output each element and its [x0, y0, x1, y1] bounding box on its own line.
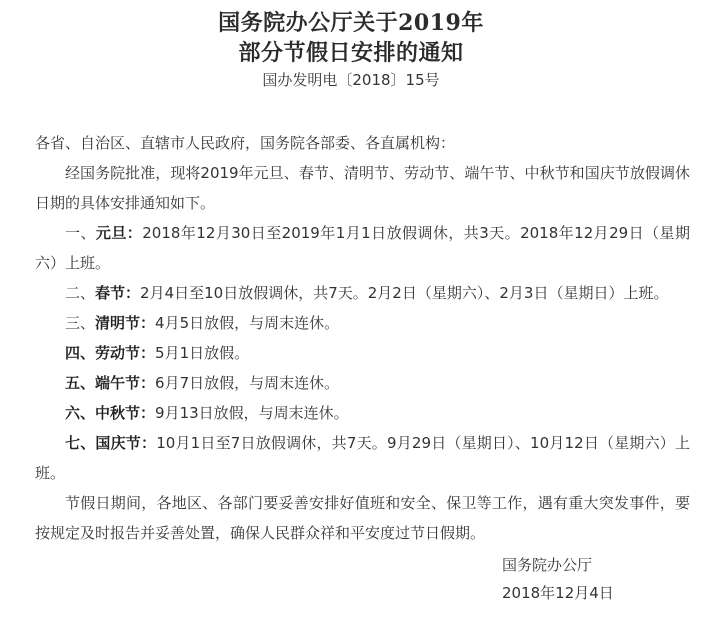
holiday-item-dragon-boat: 五、端午节：6月7日放假，与周末连休。	[35, 368, 690, 398]
document-body: 各省、自治区、直辖市人民政府，国务院各部委、各直属机构： 经国务院批准，现将20…	[35, 128, 690, 548]
item-separator: ：	[140, 374, 155, 392]
item-separator: ：	[125, 284, 140, 302]
item-text: 9月13日放假，与周末连休。	[155, 404, 349, 422]
item-text: 2月4日至10日放假调休，共7天。2月2日（星期六）、2月3日（星期日）上班。	[140, 284, 668, 302]
item-text: 4月5日放假，与周末连休。	[155, 314, 339, 332]
holiday-name: 劳动节	[95, 344, 140, 362]
item-number: 七、	[65, 434, 95, 452]
item-number: 五、	[65, 374, 95, 392]
intro-paragraph: 经国务院批准，现将2019年元旦、春节、清明节、劳动节、端午节、中秋节和国庆节放…	[35, 158, 690, 218]
salutation: 各省、自治区、直辖市人民政府，国务院各部委、各直属机构：	[35, 128, 690, 158]
document-title-line-2: 部分节假日安排的通知	[0, 38, 702, 68]
holiday-name: 春节	[95, 284, 125, 302]
item-number: 一、	[65, 224, 96, 242]
document-title-line-1: 国务院办公厅关于2019年	[0, 8, 702, 38]
item-separator: ：	[140, 344, 155, 362]
closing-paragraph: 节假日期间，各地区、各部门要妥善安排好值班和安全、保卫等工作，遇有重大突发事件，…	[35, 488, 690, 548]
holiday-name: 元旦	[96, 224, 127, 242]
item-separator: ：	[140, 404, 155, 422]
holiday-item-national-day: 七、国庆节：10月1日至7日放假调休，共7天。9月29日（星期日）、10月12日…	[35, 428, 690, 488]
item-number: 四、	[65, 344, 95, 362]
holiday-name: 端午节	[95, 374, 140, 392]
holiday-item-spring-festival: 二、春节：2月4日至10日放假调休，共7天。2月2日（星期六）、2月3日（星期日…	[35, 278, 690, 308]
holiday-name: 清明节	[95, 314, 140, 332]
holiday-item-labor-day: 四、劳动节：5月1日放假。	[35, 338, 690, 368]
item-number: 二、	[65, 284, 95, 302]
signature-organization: 国务院办公厅	[502, 550, 592, 580]
item-separator: ：	[127, 224, 142, 242]
document-header: 国务院办公厅关于2019年 部分节假日安排的通知 国办发明电〔2018〕15号	[0, 0, 702, 92]
holiday-item-new-year: 一、元旦：2018年12月30日至2019年1月1日放假调休，共3天。2018年…	[35, 218, 690, 278]
holiday-name: 中秋节	[95, 404, 140, 422]
item-separator: ：	[140, 314, 155, 332]
holiday-item-mid-autumn: 六、中秋节：9月13日放假，与周末连休。	[35, 398, 690, 428]
item-number: 三、	[65, 314, 95, 332]
item-text: 6月7日放假，与周末连休。	[155, 374, 339, 392]
holiday-item-qingming: 三、清明节：4月5日放假，与周末连休。	[35, 308, 690, 338]
holiday-name: 国庆节	[95, 434, 141, 452]
item-number: 六、	[65, 404, 95, 422]
item-text: 5月1日放假。	[155, 344, 249, 362]
signature-date: 2018年12月4日	[502, 578, 614, 608]
document-number: 国办发明电〔2018〕15号	[0, 68, 702, 92]
item-separator: ：	[141, 434, 156, 452]
